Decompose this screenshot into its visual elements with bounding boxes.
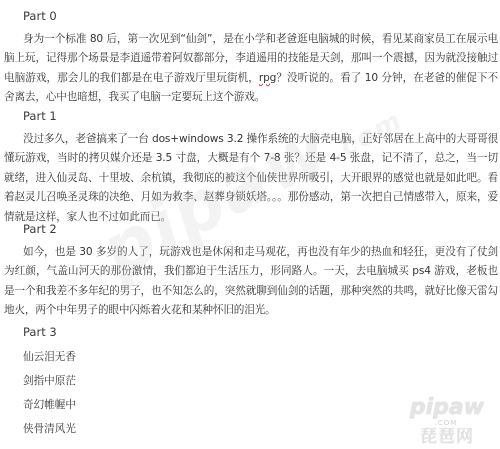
- poem-line-3: 奇幻帷幄中: [23, 398, 76, 412]
- part-3-heading: Part 3: [23, 325, 57, 339]
- poem-line-1: 仙云泪无香: [23, 350, 76, 364]
- part-1-paragraph: 没过多久，老爸搞来了一台 dos+windows 3.2 操作系统的大脑壳电脑，…: [4, 130, 498, 227]
- part-0-heading: Part 0: [23, 9, 57, 23]
- logo-domain: .COM: [400, 419, 492, 427]
- poem-line-2: 剑指中原茫: [23, 374, 76, 388]
- logo-brand: pipaw: [402, 397, 492, 419]
- document-page: Part 0 身为一个标准 80 后，第一次见到“仙剑”，是在小学和老爸逛电脑城…: [0, 0, 500, 449]
- logo-brand-text: pipaw: [410, 395, 484, 420]
- part-1-heading: Part 1: [23, 109, 57, 123]
- part-2-paragraph: 如今，也是 30 多岁的人了，玩游戏也是休闲和走马观花，再也没有年少的热血和轻狂…: [4, 243, 498, 321]
- poem-line-4: 侠骨清风光: [23, 422, 76, 436]
- part-0-paragraph: 身为一个标准 80 后，第一次见到“仙剑”，是在小学和老爸逛电脑城的时候，看见某…: [4, 30, 498, 108]
- pipaw-logo-watermark: pipaw .COM 琵琶网: [402, 397, 492, 447]
- logo-chinese: 琵琶网: [402, 427, 492, 447]
- part-2-heading: Part 2: [23, 222, 57, 236]
- rpg-spellcheck-word: rpg: [259, 72, 276, 84]
